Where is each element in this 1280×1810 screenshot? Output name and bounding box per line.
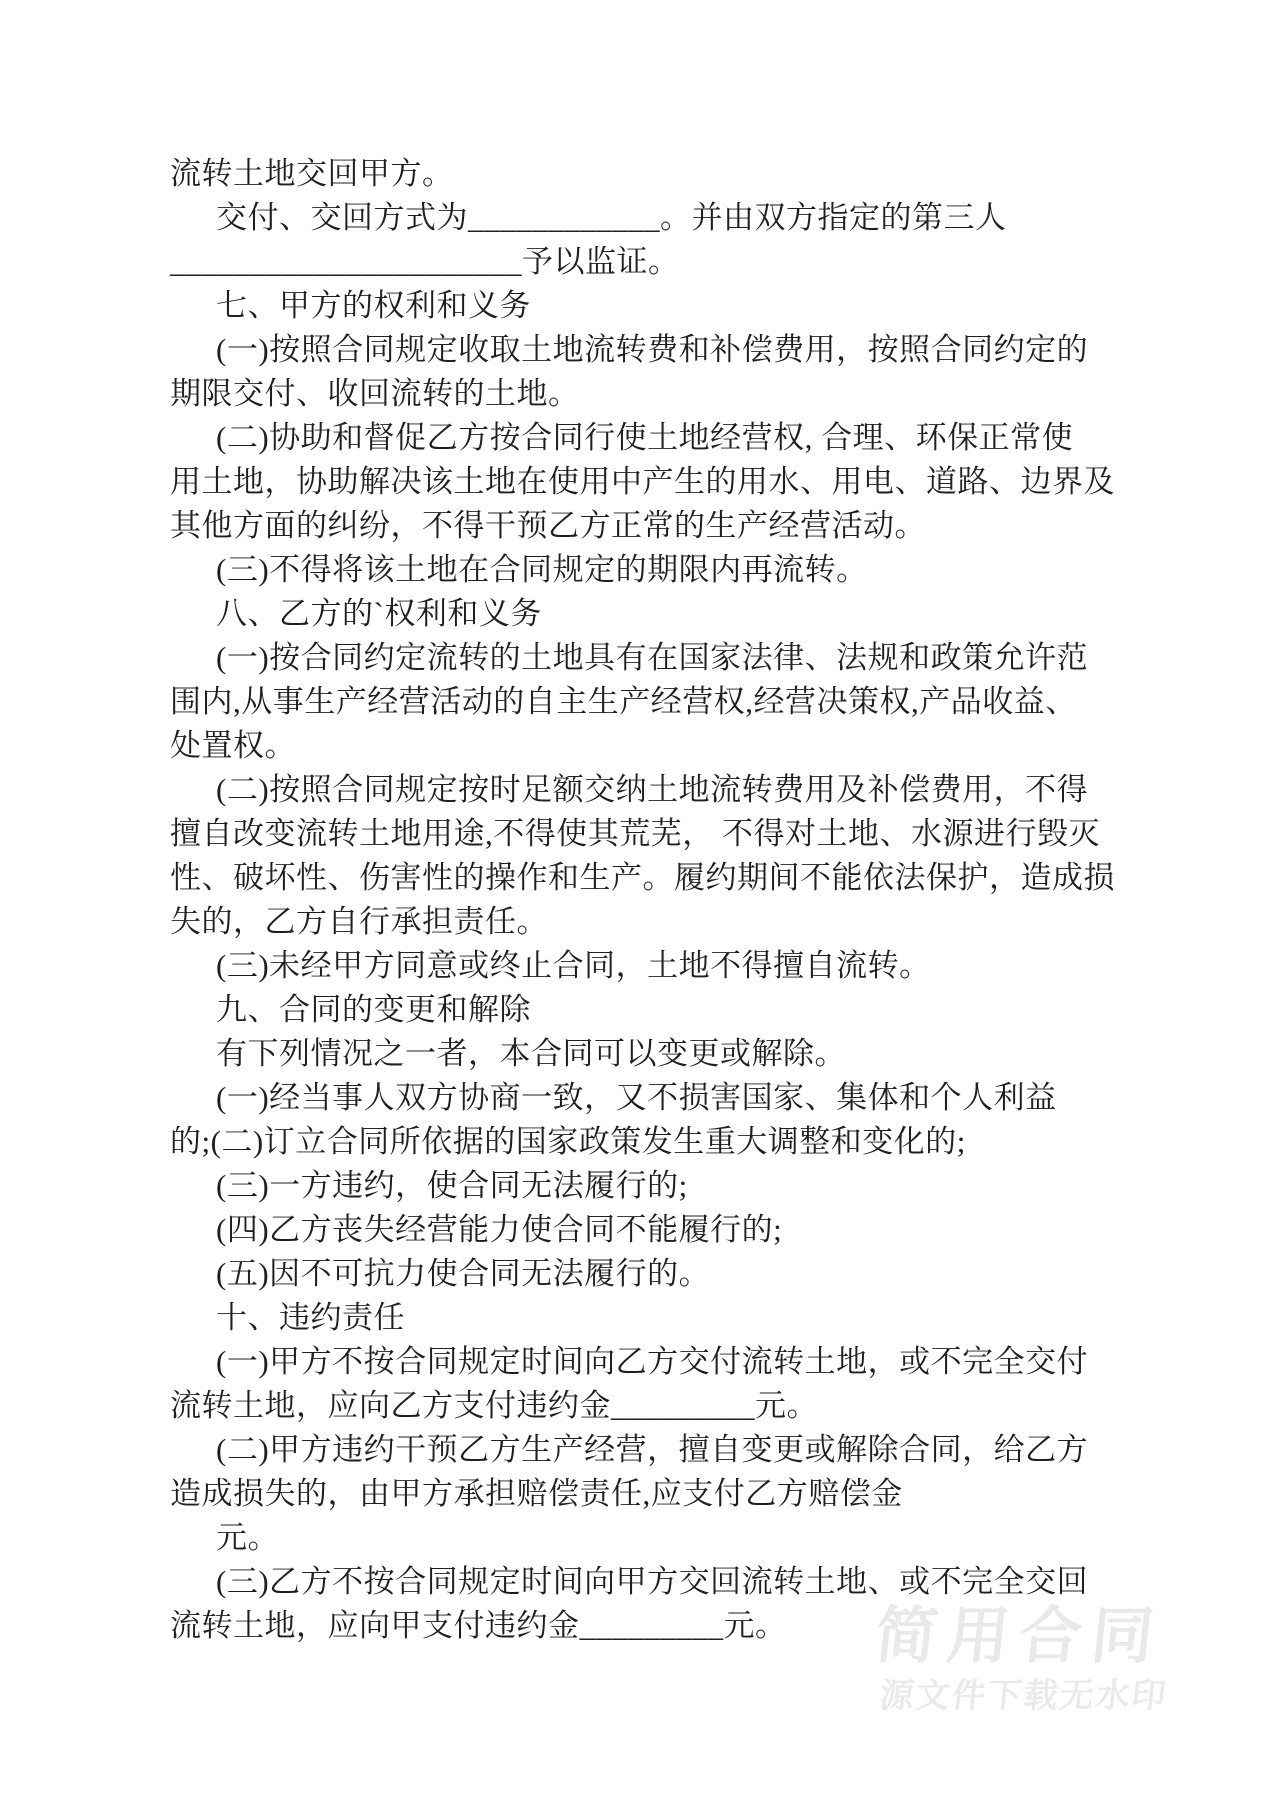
contract-line: 围内,从事生产经营活动的自主生产经营权,经营决策权,产品收益、 bbox=[170, 680, 1120, 724]
contract-line: (三)未经甲方同意或终止合同，土地不得擅自流转。 bbox=[170, 944, 1120, 988]
contract-line: (二)协助和督促乙方按合同行使土地经营权, 合理、环保正常使 bbox=[170, 416, 1120, 460]
contract-page: 流转土地交回甲方。 交付、交回方式为____________。并由双方指定的第三… bbox=[170, 152, 1120, 1648]
contract-line: 流转土地，应向乙方支付违约金_________元。 bbox=[170, 1384, 1120, 1428]
contract-line: (五)因不可抗力使合同无法履行的。 bbox=[170, 1252, 1120, 1296]
contract-line: (一)按合同约定流转的土地具有在国家法律、法规和政策允许范 bbox=[170, 636, 1120, 680]
contract-line: (一)甲方不按合同规定时间向乙方交付流转土地，或不完全交付 bbox=[170, 1340, 1120, 1384]
contract-section-heading: 八、乙方的`权利和义务 bbox=[170, 592, 1120, 636]
contract-line: (三)乙方不按合同规定时间向甲方交回流转土地、或不完全交回 bbox=[170, 1560, 1120, 1604]
contract-line: 有下列情况之一者，本合同可以变更或解除。 bbox=[170, 1032, 1120, 1076]
contract-line: 处置权。 bbox=[170, 724, 1120, 768]
contract-section-heading: 七、甲方的权利和义务 bbox=[170, 284, 1120, 328]
contract-line: 失的，乙方自行承担责任。 bbox=[170, 900, 1120, 944]
contract-line: 交付、交回方式为____________。并由双方指定的第三人 bbox=[170, 196, 1120, 240]
contract-section-heading: 九、合同的变更和解除 bbox=[170, 988, 1120, 1032]
contract-line: 流转土地，应向甲支付违约金_________元。 bbox=[170, 1604, 1120, 1648]
contract-line: (二)甲方违约干预乙方生产经营，擅自变更或解除合同，给乙方 bbox=[170, 1428, 1120, 1472]
contract-line: ______________________予以监证。 bbox=[170, 240, 1120, 284]
contract-line: 其他方面的纠纷，不得干预乙方正常的生产经营活动。 bbox=[170, 504, 1120, 548]
contract-line: (三)一方违约，使合同无法履行的; bbox=[170, 1164, 1120, 1208]
contract-line: 流转土地交回甲方。 bbox=[170, 152, 1120, 196]
contract-line: (一)经当事人双方协商一致，又不损害国家、集体和个人利益 bbox=[170, 1076, 1120, 1120]
contract-line: 期限交付、收回流转的土地。 bbox=[170, 372, 1120, 416]
contract-section-heading: 十、违约责任 bbox=[170, 1296, 1120, 1340]
contract-line: (四)乙方丧失经营能力使合同不能履行的; bbox=[170, 1208, 1120, 1252]
contract-line: (二)按照合同规定按时足额交纳土地流转费用及补偿费用，不得 bbox=[170, 768, 1120, 812]
contract-line: 擅自改变流转土地用途,不得使其荒芜， 不得对土地、水源进行毁灭 bbox=[170, 812, 1120, 856]
contract-line: 造成损失的，由甲方承担赔偿责任,应支付乙方赔偿金 bbox=[170, 1472, 1120, 1516]
watermark-tagline: 源文件下载无水印 bbox=[877, 1668, 1170, 1717]
contract-line: (三)不得将该土地在合同规定的期限内再流转。 bbox=[170, 548, 1120, 592]
contract-line: 用土地，协助解决该土地在使用中产生的用水、用电、道路、边界及 bbox=[170, 460, 1120, 504]
contract-line: 的;(二)订立合同所依据的国家政策发生重大调整和变化的; bbox=[170, 1120, 1120, 1164]
contract-line: 元。 bbox=[170, 1516, 1120, 1560]
contract-line: 性、破坏性、伤害性的操作和生产。履约期间不能依法保护，造成损 bbox=[170, 856, 1120, 900]
contract-line: (一)按照合同规定收取土地流转费和补偿费用，按照合同约定的 bbox=[170, 328, 1120, 372]
